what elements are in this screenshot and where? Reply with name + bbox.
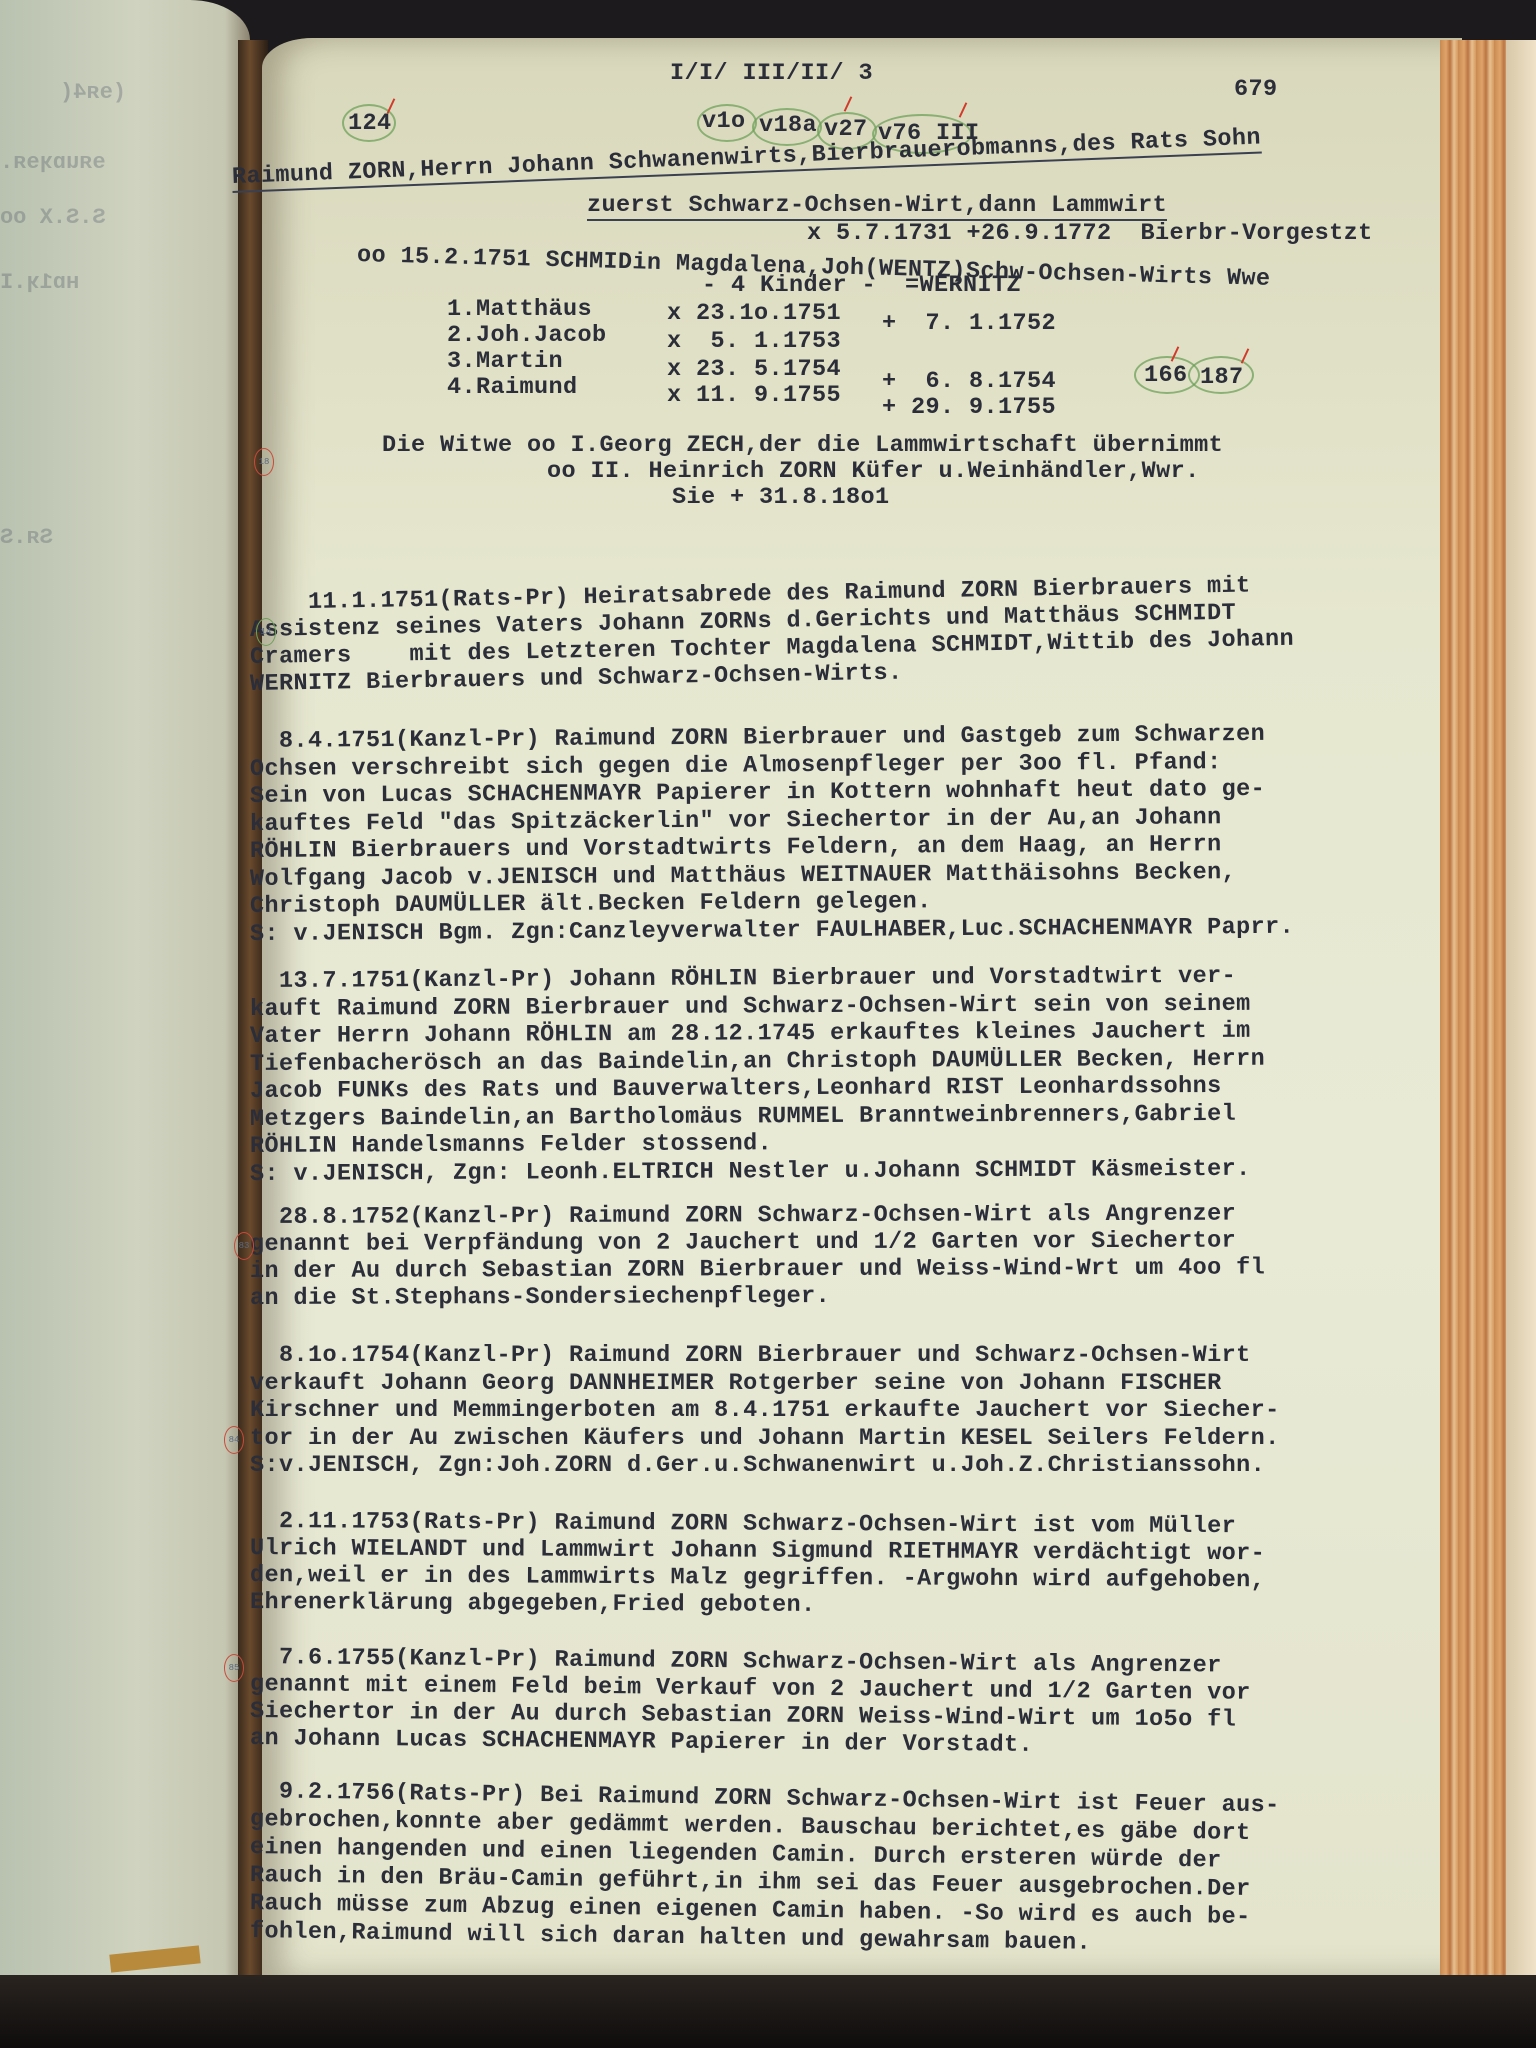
- widow-line-2: oo II. Heinrich ZORN Küfer u.Weinhändler…: [547, 458, 1200, 485]
- entry-line: RÖHLIN Handelsmanns Felder stossend.: [250, 1130, 772, 1160]
- entry-line: tor in der Au zwischen Käufers und Johan…: [250, 1425, 1280, 1452]
- child-name: 3.Martin: [447, 348, 563, 375]
- child-name: 2.Joh.Jacob: [447, 322, 607, 349]
- entry-line: Metzgers Baindelin,an Bartholomäus RUMME…: [250, 1100, 1236, 1132]
- entry-line: an Johann Lucas SCHACHENMAYR Papierer in…: [250, 1725, 1033, 1759]
- entry-line: Kirschner und Memmingerboten am 8.4.1751…: [250, 1397, 1280, 1424]
- birth-death-dates: x 5.7.1731 +26.9.1772 Bierbr-Vorgestzt: [807, 220, 1373, 247]
- margin-mark: 85: [224, 1654, 244, 1682]
- child-died: + 7. 1.1752: [882, 310, 1056, 337]
- bleed-through-text: ʜɒ1ʞ.I: [0, 270, 79, 295]
- margin-mark: 83: [234, 1232, 254, 1260]
- entry-line: S: v.JENISCH, Zgn: Leonh.ELTRICH Nestler…: [250, 1155, 1251, 1187]
- margin-mark: 84: [224, 1426, 244, 1454]
- left-page: (ɘᴙ4( ɘᴙuɒʞɘᴙ. S.S.X oo ʜɒ1ʞ.I Sᴙ.S: [0, 0, 250, 1990]
- child-name: 4.Raimund: [447, 374, 578, 401]
- document-page: I/I/ III/II/ 3 679 124 v1o v18a v27 v76 …: [262, 38, 1462, 1978]
- entry-line: verkauft Johann Georg DANNHEIMER Rotgerb…: [250, 1370, 1222, 1397]
- entry-line: genannt bei Verpfändung von 2 Jauchert u…: [250, 1228, 1236, 1258]
- margin-mark: 18: [254, 448, 274, 476]
- bleed-through-text: S.S.X oo: [0, 205, 106, 230]
- bleed-through-text: ɘᴙuɒʞɘᴙ.: [0, 150, 106, 175]
- bleed-through-text: (ɘᴙ4(: [60, 80, 126, 105]
- ref-code: v1o: [702, 108, 746, 135]
- side-ref: 166: [1144, 362, 1188, 389]
- child-born: x 11. 9.1755: [667, 382, 841, 409]
- widow-line-3: Sie + 31.8.18o1: [672, 484, 890, 511]
- margin-mark: 14: [256, 618, 276, 646]
- child-born: x 5. 1.1753: [667, 328, 841, 355]
- entry-line: Jacob FUNKs des Rats und Bauverwalters,L…: [250, 1073, 1222, 1105]
- entry-line: 8.1o.1754(Kanzl-Pr) Raimund ZORN Bierbra…: [250, 1342, 1251, 1369]
- page-number: 679: [1234, 76, 1278, 103]
- entry-line: Christoph DAUMÜLLER ält.Becken Feldern g…: [250, 888, 932, 920]
- entry-line: 13.7.1751(Kanzl-Pr) Johann RÖHLIN Bierbr…: [250, 963, 1236, 995]
- table-surface: [0, 1975, 1536, 2048]
- entry-line: Ehrenerklärung abgegeben,Fried geboten.: [250, 1589, 816, 1619]
- archive-reference: I/I/ III/II/ 3: [670, 60, 873, 87]
- child-born: x 23.1o.1751: [667, 300, 841, 327]
- side-ref: 187: [1200, 364, 1244, 391]
- entry-line: S:v.JENISCH, Zgn:Joh.ZORN d.Ger.u.Schwan…: [250, 1452, 1265, 1479]
- entry-line: 28.8.1752(Kanzl-Pr) Raimund ZORN Schwarz…: [250, 1201, 1236, 1231]
- child-died: + 6. 8.1754: [882, 368, 1056, 395]
- child-born: x 23. 5.1754: [667, 356, 841, 383]
- bleed-through-text: Sᴙ.S: [0, 525, 53, 550]
- entry-line: Vater Herrn Johann RÖHLIN am 28.12.1745 …: [250, 1018, 1251, 1050]
- ref-code: v18a: [759, 112, 817, 139]
- entry-line: in der Au durch Sebastian ZORN Bierbraue…: [250, 1254, 1265, 1285]
- child-died: + 29. 9.1755: [882, 394, 1056, 421]
- child-name: 1.Matthäus: [447, 296, 592, 323]
- widow-line-1: Die Witwe oo I.Georg ZECH,der die Lammwi…: [382, 432, 1223, 459]
- person-title-line-2: zuerst Schwarz-Ochsen-Wirt,dann Lammwirt: [587, 192, 1167, 219]
- children-header: - 4 Kinder - =WERNITZ: [702, 272, 1021, 299]
- left-reference-number: 124: [348, 110, 392, 137]
- entry-line: an die St.Stephans-Sondersiechenpfleger.: [250, 1283, 830, 1312]
